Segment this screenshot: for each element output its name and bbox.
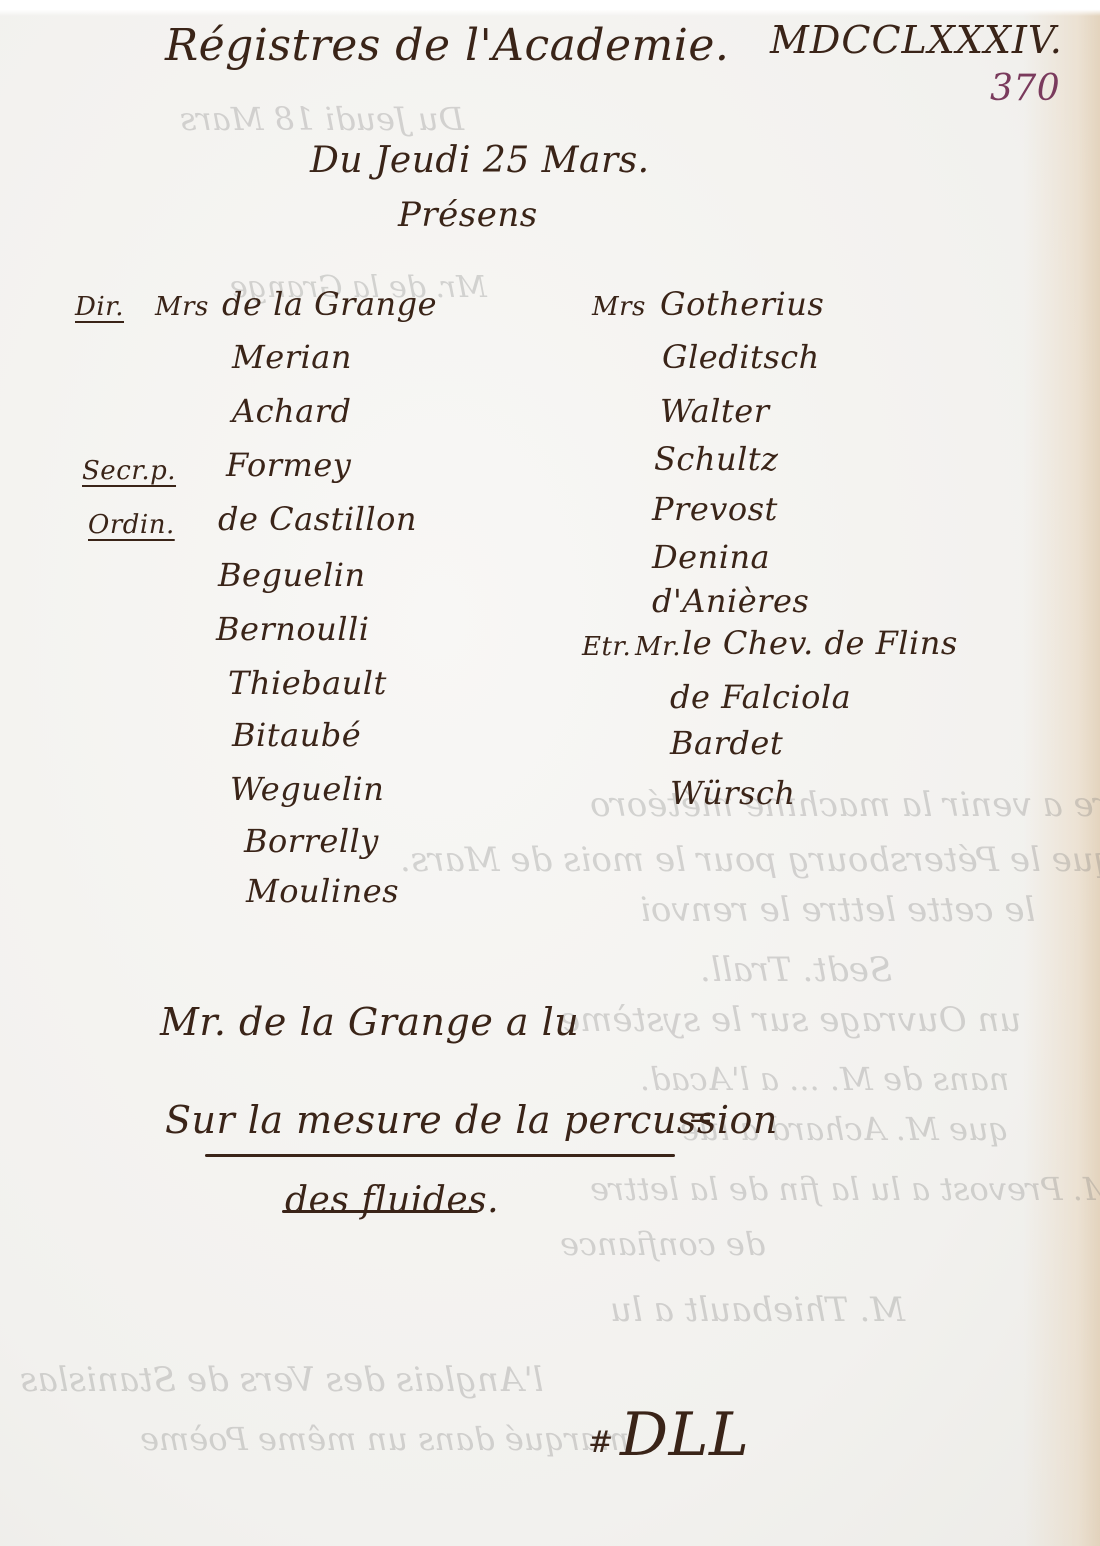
title-underline: [282, 1210, 478, 1213]
attendee-name: Gotherius: [660, 285, 824, 323]
honorific-prefix: Mrs: [592, 292, 646, 322]
attendee-name: Walter: [660, 392, 770, 430]
end-mark: =: [688, 1100, 714, 1135]
honorific-prefix: Mr.: [635, 632, 681, 662]
guest-name: Würsch: [670, 774, 795, 812]
guest-name: de Falciola: [670, 678, 851, 716]
attendee-name: Gleditsch: [662, 338, 820, 376]
manuscript-page: a été faire a venir la machine météoro q…: [0, 0, 1100, 1546]
attendee-name: Achard: [232, 392, 352, 430]
signature-mark: #: [588, 1425, 614, 1460]
role-label: Dir.: [75, 292, 124, 322]
session-date: Du Jeudi 25 Mars.: [310, 140, 650, 181]
paper-title-line2: des fluides.: [285, 1180, 499, 1221]
bleed-through-text: M. Prevost a lu la fin de la lettre: [590, 1170, 1100, 1208]
attendee-name: de Castillon: [218, 500, 417, 538]
folio-number: 370: [990, 68, 1060, 109]
bleed-through-text: le cette lettre le renvoi: [640, 890, 1035, 930]
role-label: Ordin.: [88, 510, 175, 540]
paper-title-line1: Sur la mesure de la percussion: [165, 1098, 778, 1142]
bleed-through-text: que le Pétersbourg pour le mois de Mars.: [400, 840, 1100, 880]
honorific-prefix: Mrs: [155, 292, 209, 322]
bleed-through-text: marqué dans un même Poème: [140, 1420, 630, 1458]
reader-line: Mr. de la Grange a lu: [160, 1000, 579, 1044]
bleed-through-text: nans de M. ... a l'Acad.: [640, 1060, 1009, 1098]
attendee-name: Formey: [226, 446, 351, 484]
bleed-through-text: a été faire a venir la machine météoro: [590, 785, 1100, 825]
attendee-name: Schultz: [654, 440, 779, 478]
attendee-name: Weguelin: [230, 770, 384, 808]
attendee-name: d'Anières: [652, 582, 809, 620]
role-label: Etr.: [582, 632, 631, 662]
bleed-through-text: Du Jeudi 18 Mars: [180, 100, 464, 138]
attendee-name: Borrelly: [244, 822, 379, 860]
attendee-name: Bitaubé: [232, 716, 361, 754]
bleed-through-text: de confiance: [560, 1225, 765, 1263]
bleed-through-text: un Ouvrage sur le système: [560, 1000, 1021, 1040]
attendee-name: Thiebault: [228, 664, 387, 702]
attendee-name: Denina: [652, 538, 770, 576]
present-heading: Présens: [398, 195, 538, 235]
attendee-name: Moulines: [246, 872, 399, 910]
attendee-name: de la Grange: [222, 285, 437, 323]
bleed-through-text: M. Thiebault a lu: [610, 1290, 905, 1330]
register-title: Régistres de l'Academie.: [165, 20, 729, 71]
bleed-through-text: l'Anglais des Vers de Stanislas: [20, 1360, 544, 1400]
page-top-edge: [0, 0, 1100, 16]
title-underline: [205, 1154, 675, 1157]
guest-name: Bardet: [670, 724, 783, 762]
role-label: Secr.p.: [82, 456, 176, 486]
attendee-name: Beguelin: [218, 556, 366, 594]
attendee-name: Prevost: [652, 490, 778, 528]
attendee-name: Merian: [232, 338, 352, 376]
signature: DLL: [620, 1400, 749, 1470]
register-year: MDCCLXXXIV.: [770, 18, 1063, 62]
attendee-name: Bernoulli: [216, 610, 369, 648]
bleed-through-text: Sedt. Trall.: [700, 950, 892, 990]
guest-name: le Chev. de Flins: [682, 624, 958, 662]
